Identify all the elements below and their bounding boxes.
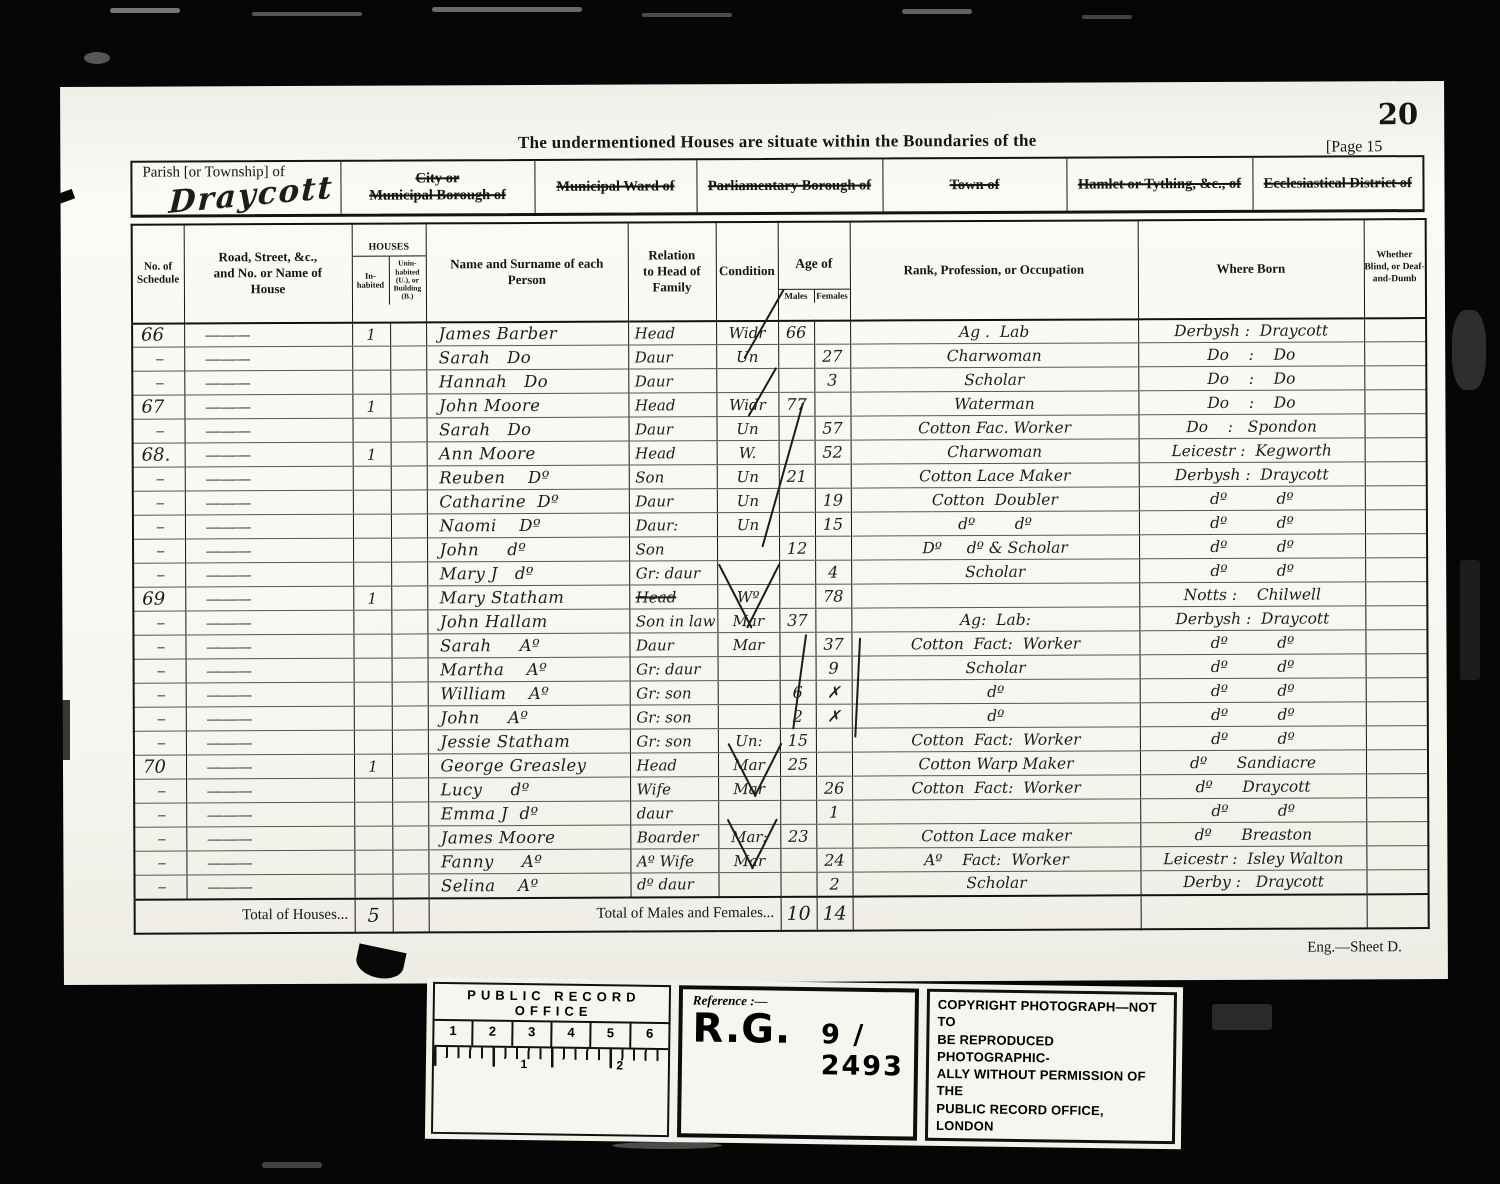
- road-cell: [185, 562, 353, 587]
- scan-noise: [1460, 560, 1480, 680]
- schedule-cell: [133, 491, 185, 515]
- inhabited-cell: [352, 418, 390, 442]
- schedule-cell: [134, 827, 186, 851]
- scanned-census-page: 20 [Page 15 The undermentioned Houses ar…: [0, 0, 1500, 1184]
- col-inhabited: In- habited: [352, 256, 388, 305]
- occupation-cell: Cotton Fact: Worker: [852, 727, 1140, 752]
- relation-cell: Gr: daur: [629, 561, 717, 585]
- age-male-cell: [780, 848, 816, 872]
- name-cell: Fanny Aº: [428, 849, 630, 874]
- ruler-number: 6: [631, 1024, 669, 1049]
- where-born-cell: dº dº: [1139, 486, 1365, 511]
- age-male-cell: [780, 800, 816, 824]
- sheet-series-note: Eng.—Sheet D.: [134, 939, 1402, 962]
- age-male-cell: 66: [778, 320, 814, 344]
- name-cell: John Hallam: [427, 609, 629, 634]
- age-female-cell: [814, 392, 850, 416]
- age-female-cell: [815, 536, 851, 560]
- age-female-cell: 57: [814, 416, 850, 440]
- blind-cell: [1366, 678, 1428, 702]
- schedule-cell: [133, 563, 185, 587]
- road-cell: [186, 730, 354, 755]
- schedule-cell: [133, 635, 185, 659]
- name-cell: Mary Statham: [427, 585, 629, 610]
- blind-cell: [1366, 822, 1428, 846]
- blind-cell: [1364, 342, 1426, 366]
- parliamentary-borough-cell: Parliamentary Borough of: [697, 159, 883, 212]
- blind-cell: [1365, 462, 1427, 486]
- road-cell: [186, 850, 354, 875]
- blind-cell: [1366, 702, 1428, 726]
- uninhabited-cell: [390, 394, 426, 418]
- name-cell: Sarah Do: [426, 417, 628, 442]
- road-cell: [186, 706, 354, 731]
- ruler-number: 3: [513, 1022, 553, 1047]
- where-born-cell: Do : Do: [1138, 390, 1364, 415]
- occupation-cell: Scholar: [852, 871, 1140, 896]
- relation-cell: Daur: [628, 369, 716, 393]
- name-cell: Sarah Aº: [427, 633, 629, 658]
- road-cell: [184, 346, 352, 371]
- uninhabited-cell: [391, 586, 427, 610]
- road-cell: [185, 514, 353, 539]
- road-cell: [186, 826, 354, 851]
- age-female-cell: [816, 752, 852, 776]
- occupation-cell: Dº dº & Scholar: [851, 535, 1139, 560]
- uninhabited-cell: [392, 874, 428, 898]
- uninhabited-cell: [392, 850, 428, 874]
- age-male-cell: [780, 776, 816, 800]
- empty-cell: [853, 895, 1141, 930]
- where-born-cell: Derby : Draycott: [1140, 870, 1366, 895]
- inhabited-cell: 1: [353, 442, 391, 466]
- ruler-inch-scale: 1 2 3 4 5 6: [434, 1019, 668, 1050]
- inhabited-cell: [353, 466, 391, 490]
- schedule-cell: 69: [133, 587, 185, 611]
- relation-cell: Gr: son: [630, 705, 718, 729]
- name-cell: James Barber: [426, 321, 628, 346]
- scan-noise: [110, 8, 180, 13]
- uninhabited-cell: [390, 346, 426, 370]
- ruler-number: 4: [552, 1022, 592, 1047]
- census-rows: 66 1 James Barber Head Widr 66 Ag . Lab …: [132, 318, 1429, 900]
- schedule-cell: 68.: [133, 443, 185, 467]
- where-born-cell: dº dº: [1140, 798, 1366, 823]
- occupation-cell: [852, 799, 1140, 824]
- scan-noise: [1082, 15, 1132, 19]
- scan-noise: [642, 13, 732, 17]
- blind-cell: [1366, 726, 1428, 750]
- relation-cell: Daur: [629, 633, 717, 657]
- ruler-number: 1: [434, 1021, 474, 1046]
- uninhabited-cell: [391, 634, 427, 658]
- schedule-cell: [134, 659, 186, 683]
- where-born-cell: Derbysh : Draycott: [1139, 606, 1365, 631]
- name-cell: Emma J dº: [428, 801, 630, 826]
- relation-cell: Gr: son: [630, 729, 718, 753]
- road-cell: [185, 634, 353, 659]
- blind-cell: [1365, 630, 1427, 654]
- town-cell: Town of: [883, 159, 1067, 212]
- relation-cell: Son: [629, 537, 717, 561]
- where-born-cell: dº Draycott: [1140, 774, 1366, 799]
- occupation-cell: Ag . Lab: [850, 319, 1138, 344]
- age-male-cell: [779, 632, 815, 656]
- schedule-cell: [133, 611, 185, 635]
- where-born-cell: Do : Do: [1138, 366, 1364, 391]
- relation-cell: Head: [628, 321, 716, 345]
- col-schedule: No. of Schedule: [132, 224, 184, 323]
- age-female-cell: 9: [816, 656, 852, 680]
- age-female-cell: [815, 608, 851, 632]
- where-born-cell: dº dº: [1140, 726, 1366, 751]
- where-born-cell: Do : Do: [1138, 342, 1364, 367]
- relation-cell: Daur: [629, 489, 717, 513]
- ruler-number: 2: [616, 1058, 623, 1072]
- name-cell: Mary J dº: [427, 561, 629, 586]
- schedule-cell: 67: [132, 395, 184, 419]
- pro-ruler: PUBLIC RECORD OFFICE 1 2 3 4 5 6 1 2: [431, 982, 671, 1138]
- condition-cell: [717, 536, 779, 560]
- where-born-cell: dº dº: [1139, 534, 1365, 559]
- road-cell: [185, 586, 353, 611]
- uninhabited-cell: [390, 418, 426, 442]
- pro-ruler-title: PUBLIC RECORD OFFICE: [435, 984, 669, 1022]
- age-male-cell: [779, 440, 815, 464]
- schedule-cell: [134, 803, 186, 827]
- age-male-cell: 23: [780, 824, 816, 848]
- scan-blemish: [58, 700, 70, 760]
- blind-cell: [1365, 510, 1427, 534]
- col-age: Age of Males Females: [778, 222, 850, 321]
- road-cell: [186, 802, 354, 827]
- scan-noise: [1452, 310, 1486, 390]
- age-female-cell: 52: [815, 440, 851, 464]
- census-table: No. of Schedule Road, Street, &c., and N…: [131, 218, 1430, 934]
- occupation-cell: Scholar: [852, 655, 1140, 680]
- empty-cell: [393, 898, 429, 932]
- col-where-born: Where Born: [1138, 219, 1364, 318]
- relation-cell: Gr: daur: [630, 657, 718, 681]
- age-male-cell: 2: [780, 704, 816, 728]
- where-born-cell: Derbysh : Draycott: [1138, 318, 1364, 343]
- age-male-cell: [780, 872, 816, 896]
- where-born-cell: dº dº: [1139, 558, 1365, 583]
- occupation-cell: Waterman: [850, 391, 1138, 416]
- relation-cell: Son: [629, 465, 717, 489]
- road-cell: [184, 322, 352, 347]
- occupation-cell: dº: [852, 679, 1140, 704]
- where-born-cell: dº dº: [1139, 630, 1365, 655]
- blind-cell: [1364, 390, 1426, 414]
- name-cell: Jessie Statham: [428, 729, 630, 754]
- occupation-cell: dº: [852, 703, 1140, 728]
- inhabited-cell: [354, 826, 392, 850]
- uninhabited-cell: [392, 658, 428, 682]
- condition-cell: Un: [716, 344, 778, 368]
- uninhabited-cell: [391, 538, 427, 562]
- reference-series: R.G.: [692, 1009, 791, 1048]
- inhabited-cell: 1: [353, 586, 391, 610]
- age-female-cell: [816, 824, 852, 848]
- blind-cell: [1365, 582, 1427, 606]
- schedule-cell: [132, 347, 184, 371]
- houses-title: HOUSES: [352, 241, 425, 257]
- condition-cell: [718, 680, 780, 704]
- age-female-cell: 2: [816, 872, 852, 896]
- relation-cell: Head: [628, 393, 716, 417]
- uninhabited-cell: [392, 802, 428, 826]
- occupation-cell: [851, 583, 1139, 608]
- sheet-title: The undermentioned Houses are situate wi…: [130, 129, 1424, 155]
- inhabited-cell: [353, 514, 391, 538]
- uninhabited-cell: [391, 442, 427, 466]
- uninhabited-cell: [391, 562, 427, 586]
- col-condition: Condition: [716, 222, 778, 321]
- col-relation: Relation to Head of Family: [628, 222, 716, 321]
- where-born-cell: Leicestr : Kegworth: [1139, 438, 1365, 463]
- relation-cell: Head: [629, 441, 717, 465]
- col-road: Road, Street, &c., and No. or Name of Ho…: [184, 224, 352, 323]
- age-male-cell: [779, 560, 815, 584]
- road-cell: [186, 778, 354, 803]
- where-born-cell: Notts : Chilwell: [1139, 582, 1365, 607]
- inhabited-cell: [353, 490, 391, 514]
- reference-stamp: Reference :— R.G. 9 / 2493: [677, 985, 919, 1141]
- age-female-cell: 1: [816, 800, 852, 824]
- occupation-cell: Cotton Lace Maker: [851, 463, 1139, 488]
- blind-cell: [1365, 438, 1427, 462]
- relation-cell: Gr: son: [630, 681, 718, 705]
- condition-cell: Un: [716, 416, 778, 440]
- schedule-cell: [134, 779, 186, 803]
- relation-cell: Wife: [630, 777, 718, 801]
- age-male-cell: [780, 656, 816, 680]
- name-cell: Naomi Dº: [427, 513, 629, 538]
- parish-cell: Parish [or Township] of Draycott: [132, 162, 341, 215]
- age-female-cell: ✗: [816, 704, 852, 728]
- inhabited-cell: [353, 610, 391, 634]
- occupation-cell: Cotton Doubler: [851, 487, 1139, 512]
- schedule-cell: [133, 515, 185, 539]
- inhabited-cell: [352, 370, 390, 394]
- inhabited-cell: [353, 538, 391, 562]
- schedule-cell: [134, 875, 186, 899]
- age-male-cell: 77: [778, 392, 814, 416]
- col-name: Name and Surname of each Person: [426, 223, 628, 322]
- inhabited-cell: 1: [352, 394, 390, 418]
- uninhabited-cell: [390, 370, 426, 394]
- name-cell: John Moore: [426, 393, 628, 418]
- age-female-cell: 4: [815, 560, 851, 584]
- blind-cell: [1364, 414, 1426, 438]
- uninhabited-cell: [392, 682, 428, 706]
- uninhabited-cell: [392, 826, 428, 850]
- scan-noise: [262, 1162, 322, 1168]
- ruler-number: 1: [520, 1057, 527, 1071]
- name-cell: John dº: [427, 537, 629, 562]
- age-female-cell: [814, 320, 850, 344]
- name-cell: John Aº: [428, 705, 630, 730]
- uninhabited-cell: [391, 466, 427, 490]
- where-born-cell: dº dº: [1139, 510, 1365, 535]
- condition-cell: Mar: [717, 632, 779, 656]
- schedule-cell: 70: [134, 755, 186, 779]
- where-born-cell: dº dº: [1140, 678, 1366, 703]
- blind-cell: [1365, 534, 1427, 558]
- blind-cell: [1366, 774, 1428, 798]
- blind-cell: [1366, 798, 1428, 822]
- col-females: Females: [813, 290, 849, 303]
- inhabited-cell: 1: [354, 754, 392, 778]
- age-female-cell: 15: [815, 512, 851, 536]
- schedule-cell: [134, 683, 186, 707]
- name-cell: Martha Aº: [428, 657, 630, 682]
- name-cell: James Moore: [428, 825, 630, 850]
- condition-cell: Widr: [716, 392, 778, 416]
- age-male-cell: 37: [779, 608, 815, 632]
- name-cell: Ann Moore: [427, 441, 629, 466]
- name-cell: Hannah Do: [426, 369, 628, 394]
- name-cell: George Greasley: [428, 753, 630, 778]
- where-born-cell: dº dº: [1140, 702, 1366, 727]
- scan-noise: [432, 7, 582, 12]
- city-borough-cell: City or Municipal Borough of: [341, 161, 535, 214]
- where-born-cell: dº Breaston: [1140, 822, 1366, 847]
- inhabited-cell: [354, 706, 392, 730]
- ecclesiastical-district-cell: Ecclesiastical District of: [1253, 157, 1423, 210]
- inhabited-cell: [354, 658, 392, 682]
- road-cell: [185, 610, 353, 635]
- condition-cell: [718, 872, 780, 896]
- relation-cell: dº daur: [630, 873, 718, 897]
- blind-cell: [1366, 750, 1428, 774]
- blind-cell: [1364, 366, 1426, 390]
- col-blind: Whether Blind, or Deaf- and-Dumb: [1364, 219, 1426, 318]
- occupation-cell: Cotton Warp Maker: [852, 751, 1140, 776]
- inhabited-cell: [354, 778, 392, 802]
- occupation-cell: Cotton Lace maker: [852, 823, 1140, 848]
- uninhabited-cell: [392, 730, 428, 754]
- schedule-cell: [134, 851, 186, 875]
- name-cell: Reuben Dº: [427, 465, 629, 490]
- inhabited-cell: [354, 850, 392, 874]
- age-female-cell: ✗: [816, 680, 852, 704]
- relation-cell: Boarder: [630, 825, 718, 849]
- age-of-label: Age of: [778, 239, 849, 289]
- condition-cell: W.: [717, 440, 779, 464]
- age-male-cell: [779, 584, 815, 608]
- condition-cell: Un: [717, 488, 779, 512]
- folio-number: 20: [1378, 97, 1419, 131]
- condition-cell: Un: [717, 464, 779, 488]
- relation-cell: daur: [630, 801, 718, 825]
- age-male-cell: 12: [779, 536, 815, 560]
- age-male-cell: [778, 344, 814, 368]
- total-mf-label: Total of Males and Females...: [429, 896, 781, 932]
- totals-row: Total of Houses... 5 Total of Males and …: [135, 894, 1429, 934]
- blind-cell: [1366, 846, 1428, 870]
- occupation-cell: Aº Fact: Worker: [852, 847, 1140, 872]
- name-cell: Catharine Dº: [427, 489, 629, 514]
- uninhabited-cell: [391, 610, 427, 634]
- uninhabited-cell: [390, 322, 426, 346]
- copyright-line: ALLY WITHOUT PERMISSION OF THE: [936, 1065, 1165, 1103]
- ruler-fine-scale: 1 2: [434, 1047, 668, 1080]
- age-female-cell: 37: [815, 632, 851, 656]
- uninhabited-cell: [392, 778, 428, 802]
- occupation-cell: dº dº: [851, 511, 1139, 536]
- relation-cell: Daur: [628, 345, 716, 369]
- boundary-header: Parish [or Township] of Draycott City or…: [130, 155, 1424, 218]
- relation-cell: Daur:: [629, 513, 717, 537]
- uninhabited-cell: [391, 490, 427, 514]
- occupation-cell: Cotton Fac. Worker: [850, 415, 1138, 440]
- age-male-cell: [778, 368, 814, 392]
- name-cell: William Aº: [428, 681, 630, 706]
- copyright-line: COPYRIGHT PHOTOGRAPH—NOT TO: [937, 996, 1166, 1034]
- condition-cell: Widr: [716, 320, 778, 344]
- blind-cell: [1366, 654, 1428, 678]
- condition-cell: Mar: [718, 776, 780, 800]
- scan-noise: [902, 9, 972, 14]
- road-cell: [184, 418, 352, 443]
- blind-cell: [1364, 318, 1426, 342]
- road-cell: [184, 370, 352, 395]
- where-born-cell: Derbysh : Draycott: [1139, 462, 1365, 487]
- relation-cell: Daur: [628, 417, 716, 441]
- name-cell: Sarah Do: [426, 345, 628, 370]
- relation-cell: Son in law: [629, 609, 717, 633]
- inhabited-cell: [354, 874, 392, 898]
- inhabited-cell: [353, 562, 391, 586]
- age-female-cell: 26: [816, 776, 852, 800]
- age-male-cell: [779, 512, 815, 536]
- ruler-number: 5: [592, 1023, 632, 1048]
- schedule-cell: [132, 419, 184, 443]
- occupation-cell: Scholar: [850, 367, 1138, 392]
- inhabited-cell: [353, 634, 391, 658]
- total-females-value: 14: [817, 896, 853, 930]
- total-males-value: 10: [781, 896, 817, 930]
- where-born-cell: dº dº: [1140, 654, 1366, 679]
- relation-cell: Aº Wife: [630, 849, 718, 873]
- condition-cell: Un:: [718, 728, 780, 752]
- blind-cell: [1365, 558, 1427, 582]
- where-born-cell: Leicestr : Isley Walton: [1140, 846, 1366, 871]
- blind-cell: [1366, 870, 1428, 894]
- census-sheet: 20 [Page 15 The undermentioned Houses ar…: [60, 81, 1448, 985]
- age-female-cell: 19: [815, 488, 851, 512]
- condition-cell: Wº: [717, 584, 779, 608]
- schedule-cell: 66: [132, 323, 184, 347]
- col-occupation: Rank, Profession, or Occupation: [850, 220, 1138, 320]
- age-female-cell: 3: [814, 368, 850, 392]
- road-cell: [186, 754, 354, 779]
- inhabited-cell: [354, 802, 392, 826]
- inhabited-cell: [354, 730, 392, 754]
- copyright-line: PUBLIC RECORD OFFICE, LONDON: [936, 1100, 1165, 1138]
- reference-number: 9 / 2493: [821, 1019, 905, 1082]
- occupation-cell: Cotton Fact: Worker: [852, 775, 1140, 800]
- col-males: Males: [778, 290, 813, 303]
- age-female-cell: [816, 728, 852, 752]
- pro-stamp-strip: PUBLIC RECORD OFFICE 1 2 3 4 5 6 1 2 Ref…: [425, 977, 1183, 1150]
- where-born-cell: dº Sandiacre: [1140, 750, 1366, 775]
- municipal-ward-cell: Municipal Ward of: [535, 160, 697, 213]
- schedule-cell: [133, 539, 185, 563]
- age-female-cell: [815, 464, 851, 488]
